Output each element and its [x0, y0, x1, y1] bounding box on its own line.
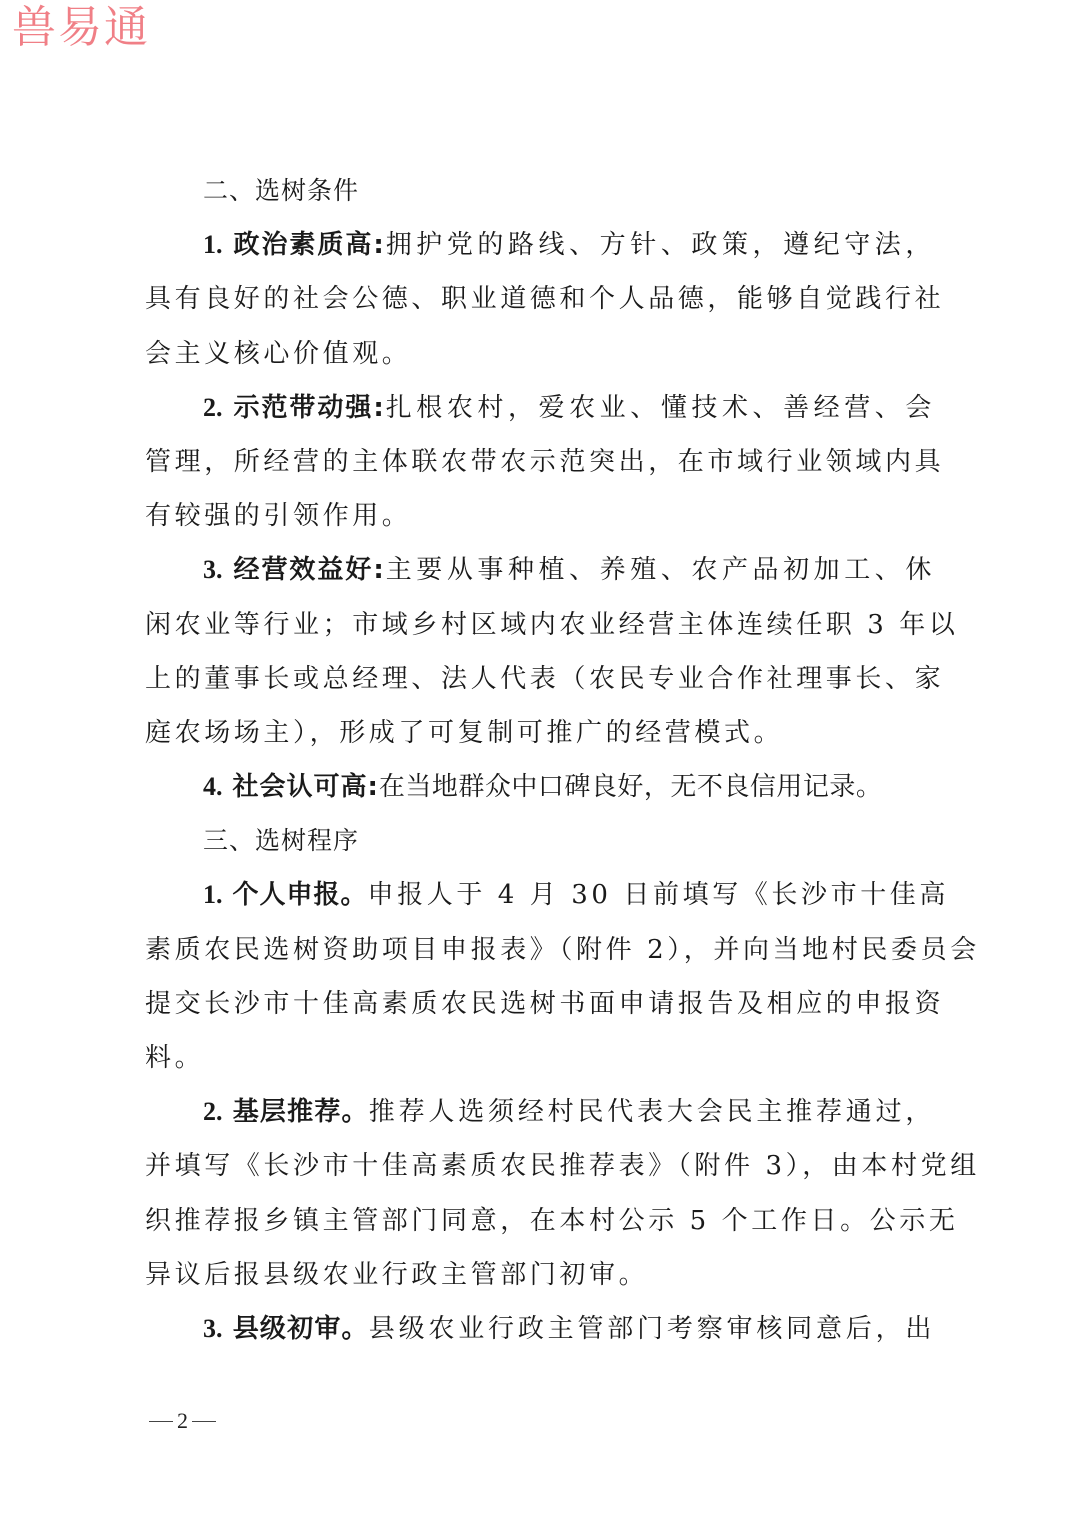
- criteria-item-3-line-3: 上的董事长或总经理、法人代表（农民专业合作社理事长、家: [145, 652, 935, 706]
- item-title: 社会认可高:: [233, 772, 379, 802]
- item-title: 经营效益好:: [233, 555, 385, 585]
- item-text: 主要从事种植、养殖、农产品初加工、休: [385, 555, 935, 585]
- criteria-item-2-line-3: 有较强的引领作用。: [145, 489, 935, 543]
- watermark-logo: 兽易通: [12, 2, 150, 54]
- item-text: 县级农业行政主管部门考察审核同意后，出: [369, 1314, 935, 1344]
- item-text: 在当地群众中口碑良好，无不良信用记录。: [379, 772, 883, 802]
- footer-dash-left: [149, 1421, 173, 1422]
- item-title: 县级初审。: [233, 1314, 369, 1344]
- procedure-item-3-line-1: 3.县级初审。县级农业行政主管部门考察审核同意后，出: [145, 1302, 935, 1356]
- criteria-item-3-line-1: 3.经营效益好:主要从事种植、养殖、农产品初加工、休: [145, 543, 935, 597]
- procedure-item-1-line-1: 1.个人申报。申报人于 4 月 30 日前填写《长沙市十佳高: [145, 868, 935, 922]
- item-number: 3.: [203, 1314, 223, 1343]
- item-title: 基层推荐。: [233, 1097, 369, 1127]
- item-text: 拥护党的路线、方针、政策，遵纪守法，: [385, 230, 935, 260]
- criteria-item-4-line-1: 4.社会认可高:在当地群众中口碑良好，无不良信用记录。: [145, 760, 935, 814]
- item-number: 1.: [203, 230, 223, 259]
- criteria-item-1-line-3: 会主义核心价值观。: [145, 327, 935, 381]
- item-text: 申报人于 4 月 30 日前填写《长沙市十佳高: [368, 880, 950, 910]
- item-title: 政治素质高:: [233, 230, 385, 260]
- criteria-item-3-line-4: 庭农场场主），形成了可复制可推广的经营模式。: [145, 706, 935, 760]
- item-number: 2.: [203, 1097, 223, 1126]
- item-number: 4.: [203, 772, 223, 801]
- page-number: 2: [177, 1408, 188, 1434]
- procedure-item-2-line-4: 异议后报县级农业行政主管部门初审。: [145, 1248, 935, 1302]
- criteria-item-1-line-2: 具有良好的社会公德、职业道德和个人品德，能够自觉践行社: [145, 272, 935, 326]
- procedure-item-1-line-2: 素质农民选树资助项目申报表》（附件 2），并向当地村民委员会: [145, 923, 935, 977]
- section-heading-selection-procedure: 三、选树程序: [145, 814, 935, 868]
- criteria-item-1-line-1: 1.政治素质高:拥护党的路线、方针、政策，遵纪守法，: [145, 218, 935, 272]
- criteria-item-3-line-2: 闲农业等行业；市域乡村区域内农业经营主体连续任职 3 年以: [145, 598, 935, 652]
- item-title: 个人申报。: [233, 880, 368, 910]
- item-number: 2.: [203, 393, 223, 422]
- item-number: 3.: [203, 555, 223, 584]
- document-body: 二、选树条件 1.政治素质高:拥护党的路线、方针、政策，遵纪守法， 具有良好的社…: [145, 164, 935, 1356]
- section-heading-selection-criteria: 二、选树条件: [145, 164, 935, 218]
- procedure-item-1-line-3: 提交长沙市十佳高素质农民选树书面申请报告及相应的申报资: [145, 977, 935, 1031]
- procedure-item-2-line-2: 并填写《长沙市十佳高素质农民推荐表》（附件 3），由本村党组: [145, 1139, 935, 1193]
- criteria-item-2-line-2: 管理，所经营的主体联农带农示范突出，在市域行业领域内具: [145, 435, 935, 489]
- page-footer: 2: [145, 1408, 220, 1434]
- procedure-item-1-line-4: 料。: [145, 1031, 935, 1085]
- item-text: 推荐人选须经村民代表大会民主推荐通过，: [369, 1097, 935, 1127]
- item-number: 1.: [203, 880, 223, 909]
- footer-dash-right: [192, 1421, 216, 1422]
- item-title: 示范带动强:: [233, 393, 385, 423]
- item-text: 扎根农村，爱农业、懂技术、善经营、会: [385, 393, 935, 423]
- procedure-item-2-line-1: 2.基层推荐。推荐人选须经村民代表大会民主推荐通过，: [145, 1085, 935, 1139]
- procedure-item-2-line-3: 织推荐报乡镇主管部门同意，在本村公示 5 个工作日。公示无: [145, 1194, 935, 1248]
- criteria-item-2-line-1: 2.示范带动强:扎根农村，爱农业、懂技术、善经营、会: [145, 381, 935, 435]
